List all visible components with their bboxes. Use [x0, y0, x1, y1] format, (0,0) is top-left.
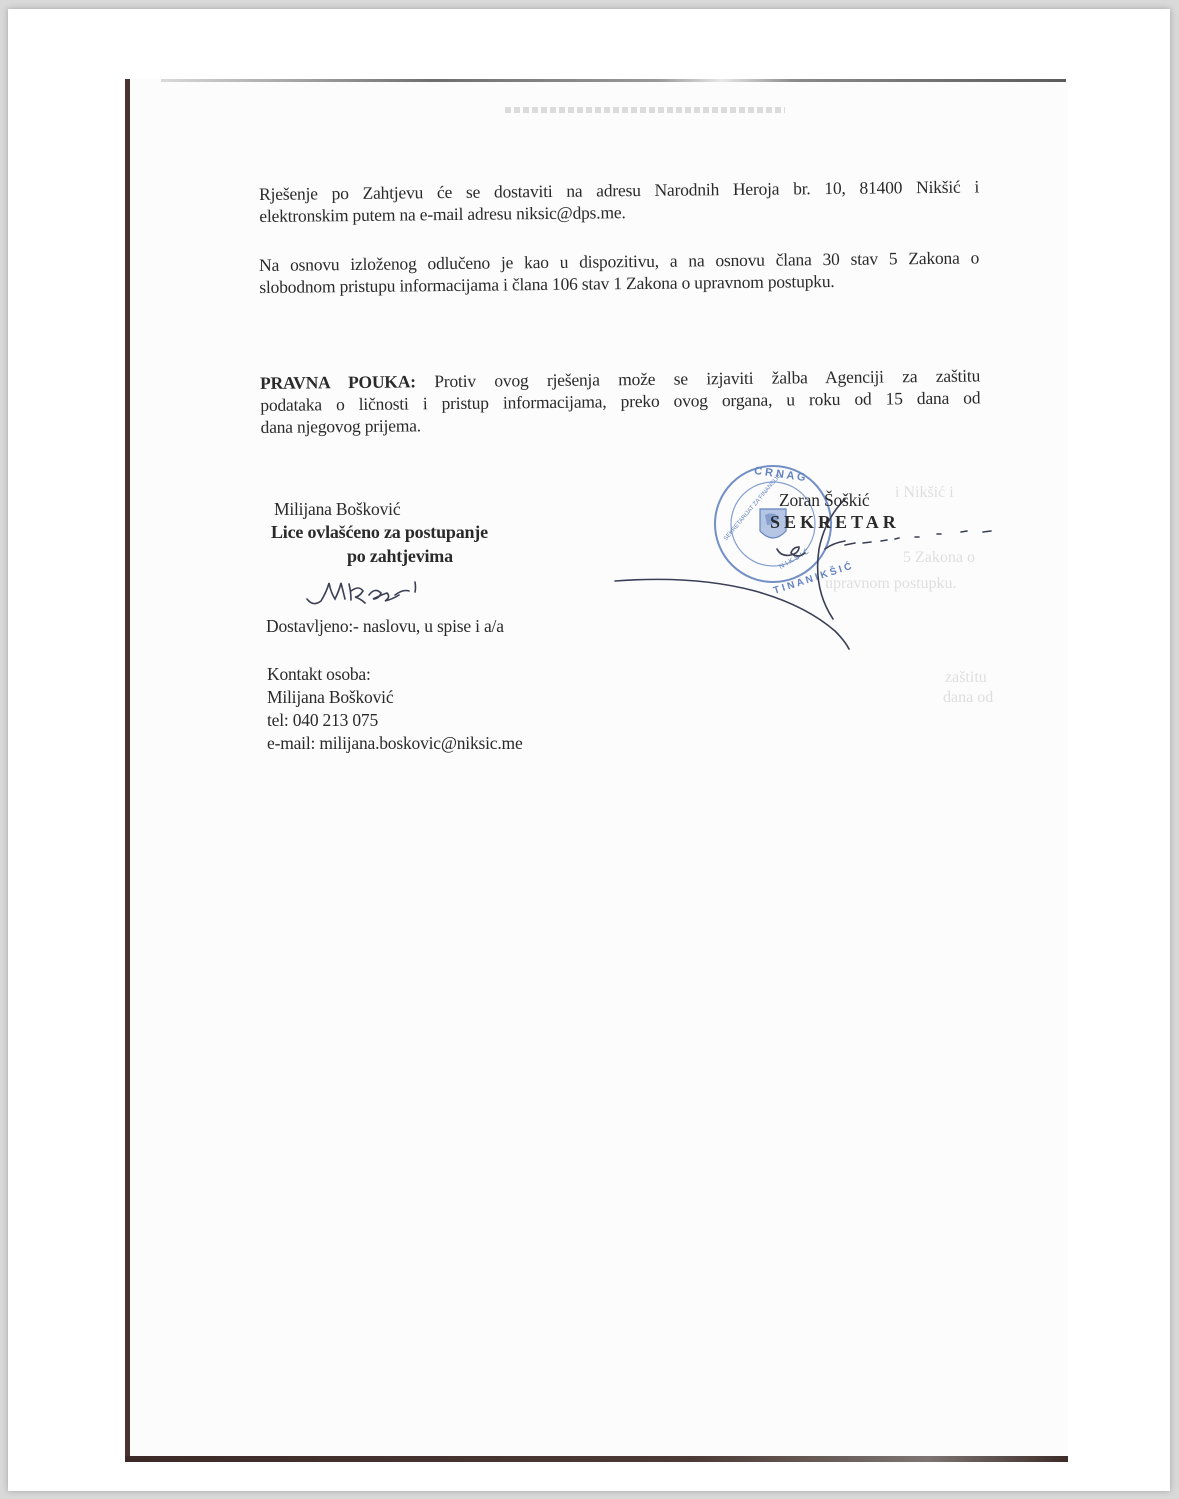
- scanned-page: i Nikšić i 5 Zakona o upravnom postupku.…: [125, 79, 1068, 1462]
- document-viewer-card: i Nikšić i 5 Zakona o upravnom postupku.…: [8, 9, 1170, 1491]
- svg-text:N I K Š I Ć: N I K Š I Ć: [777, 547, 810, 571]
- signer-right-name: Zoran Šoškić: [779, 489, 869, 511]
- svg-text:C R N A G: C R N A G: [753, 465, 806, 484]
- signer-right-title: SEKRETAR: [770, 511, 900, 533]
- signatures-and-stamp: C R N A G T I N A N I K Š I Ć N I K Š I …: [125, 79, 1068, 1462]
- left-signature-icon: [307, 582, 416, 604]
- scan-edge-bottom: [125, 1456, 1068, 1462]
